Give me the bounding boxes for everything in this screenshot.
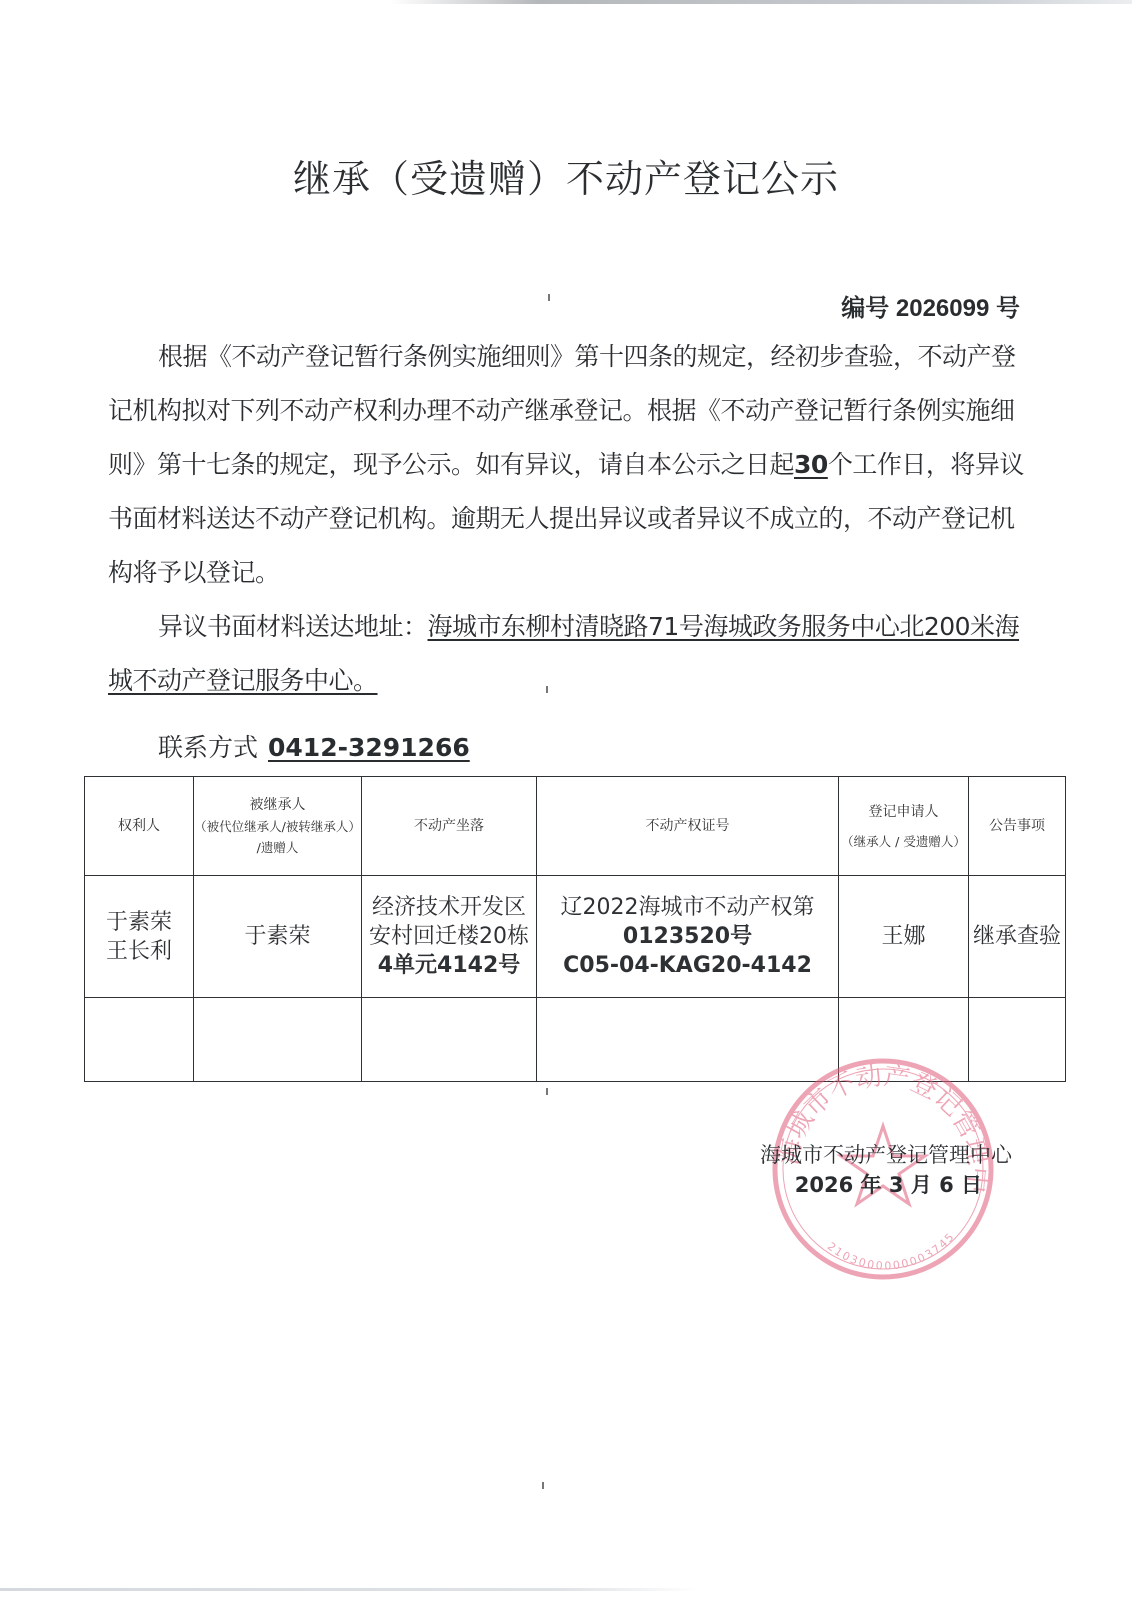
scan-mark: [546, 686, 548, 693]
issuing-organization: 海城市不动产登记管理中心: [760, 1143, 1012, 1167]
cell-empty: [85, 998, 194, 1082]
cell-empty: [194, 998, 362, 1082]
right-holder-name: 于素荣: [85, 908, 193, 937]
notice-paragraph: 根据《不动产登记暂行条例实施细则》第十四条的规定，经初步查验，不动产登记机构拟对…: [108, 330, 1028, 600]
header-applicant: 登记申请人 （继承人 / 受遗赠人）: [839, 777, 969, 876]
header-decedent-sub2: /遗赠人: [194, 837, 361, 858]
header-decedent-main: 被继承人: [194, 794, 361, 816]
header-location: 不动产坐落: [362, 777, 537, 876]
header-certificate-number: 不动产权证号: [537, 777, 839, 876]
location-line: 经济技术开发区: [362, 893, 536, 922]
scan-edge-bottom: [0, 1588, 700, 1591]
contact-label: 联系方式: [158, 733, 258, 762]
location-line: 4单元4142号: [362, 951, 536, 980]
issue-date: 2026 年 3 月 6 日: [740, 1170, 1012, 1200]
address-paragraph: 异议书面材料送达地址：海城市东柳村清晓路71号海城政务服务中心北200米海城不动…: [108, 600, 1028, 708]
cell-empty: [537, 998, 839, 1082]
objection-days: 30: [794, 450, 828, 479]
header-right-holder: 权利人: [85, 777, 194, 876]
cell-empty: [362, 998, 537, 1082]
scan-mark: [546, 1088, 548, 1095]
location-line: 安村回迁楼20栋: [362, 922, 536, 951]
signature-block: 海城市不动产登记管理中心 2026 年 3 月 6 日: [740, 1140, 1012, 1200]
svg-text:2103000000003745: 2103000000003745: [825, 1230, 958, 1273]
cell-location: 经济技术开发区 安村回迁楼20栋 4单元4142号: [362, 876, 537, 998]
scan-edge-top: [390, 0, 1132, 4]
table-header-row: 权利人 被继承人 （被代位继承人/被转继承人） /遗赠人 不动产坐落 不动产权证…: [85, 777, 1066, 876]
cell-decedent: 于素荣: [194, 876, 362, 998]
contact-info: 联系方式0412-3291266: [158, 728, 470, 764]
registration-table: 权利人 被继承人 （被代位继承人/被转继承人） /遗赠人 不动产坐落 不动产权证…: [84, 776, 1066, 1082]
cell-empty: [839, 998, 969, 1082]
document-title: 继承（受遗赠）不动产登记公示: [0, 148, 1132, 203]
certificate-line: C05-04-KAG20-4142: [537, 951, 838, 980]
table-row: 于素荣 王长利 于素荣 经济技术开发区 安村回迁楼20栋 4单元4142号 辽2…: [85, 876, 1066, 998]
document-number: 编号 2026099 号: [841, 288, 1020, 323]
cell-right-holder: 于素荣 王长利: [85, 876, 194, 998]
certificate-line: 0123520号: [537, 922, 838, 951]
scan-mark: [548, 294, 550, 301]
cell-empty: [969, 998, 1066, 1082]
address-label: 异议书面材料送达地址：: [158, 612, 428, 641]
scan-mark: [542, 1482, 544, 1489]
header-notice-matter: 公告事项: [969, 777, 1066, 876]
table-row-empty: [85, 998, 1066, 1082]
certificate-line: 辽2022海城市不动产权第: [537, 893, 838, 922]
contact-phone: 0412-3291266: [268, 733, 470, 762]
header-applicant-sub: （继承人 / 受遗赠人）: [839, 831, 968, 852]
right-holder-name: 王长利: [85, 937, 193, 966]
cell-applicant: 王娜: [839, 876, 969, 998]
header-decedent-sub: （被代位继承人/被转继承人）: [194, 816, 361, 837]
header-decedent: 被继承人 （被代位继承人/被转继承人） /遗赠人: [194, 777, 362, 876]
cell-certificate-number: 辽2022海城市不动产权第 0123520号 C05-04-KAG20-4142: [537, 876, 839, 998]
cell-notice-matter: 继承查验: [969, 876, 1066, 998]
header-applicant-main: 登记申请人: [839, 801, 968, 823]
